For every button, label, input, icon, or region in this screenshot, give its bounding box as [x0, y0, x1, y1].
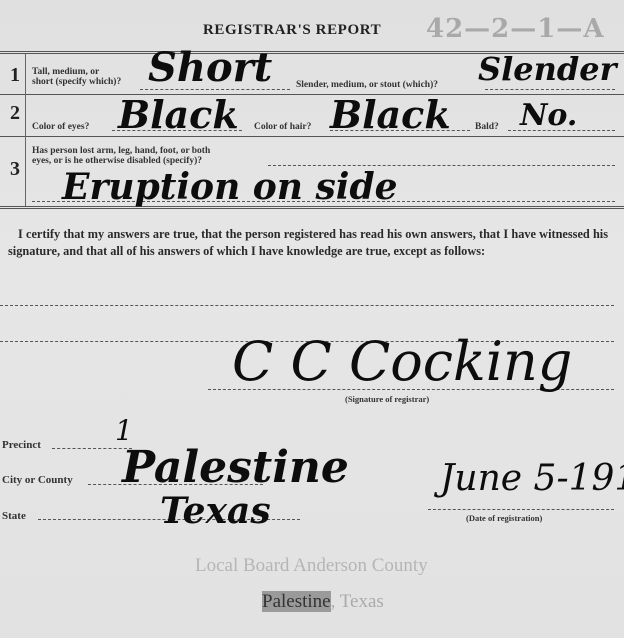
hair-color-value[interactable]: Black — [330, 92, 451, 137]
board-stamp-city: Palestine — [262, 591, 331, 612]
build-value[interactable]: Slender — [478, 50, 616, 88]
row-number: 3 — [10, 158, 20, 181]
date-field-line — [428, 509, 614, 510]
disability-label-line1: Has person lost arm, leg, hand, foot, or… — [32, 146, 210, 156]
date-label: (Date of registration) — [466, 513, 542, 523]
precinct-field-line — [52, 448, 132, 449]
board-stamp-line2: Palestine, Texas — [262, 591, 384, 613]
exceptions-line-1 — [0, 305, 614, 306]
disability-value[interactable]: Eruption on side — [62, 166, 398, 208]
state-value[interactable]: Texas — [160, 490, 271, 532]
serial-number-stamp: 42—2—1—A — [426, 14, 605, 44]
row-divider-2 — [0, 136, 624, 137]
bald-label: Bald? — [475, 122, 499, 132]
disability-label: Has person lost arm, leg, hand, foot, or… — [32, 146, 210, 166]
eye-color-value[interactable]: Black — [118, 92, 239, 137]
city-county-value[interactable]: Palestine — [122, 442, 349, 493]
document-title: REGISTRAR'S REPORT — [203, 22, 381, 39]
registrars-report-card: REGISTRAR'S REPORT 42—2—1—A 1 Tall, medi… — [0, 0, 624, 638]
state-label: State — [2, 511, 26, 521]
height-label-line1: Tall, medium, or — [32, 67, 121, 77]
row-number: 1 — [10, 64, 20, 87]
board-stamp-line1: Local Board Anderson County — [195, 555, 428, 577]
board-stamp-state: , Texas — [331, 591, 384, 612]
disability-label-line2: eyes, or is he otherwise disabled (speci… — [32, 156, 210, 166]
height-label-line2: short (specify which)? — [32, 77, 121, 87]
row-divider-1 — [0, 94, 624, 95]
number-column-divider — [25, 54, 26, 206]
build-label: Slender, medium, or stout (which)? — [296, 80, 438, 90]
precinct-label: Precinct — [2, 440, 41, 450]
city-county-label: City or County — [2, 475, 73, 485]
registrar-signature-label: (Signature of registrar) — [345, 394, 429, 404]
bald-value[interactable]: No. — [520, 98, 577, 133]
eye-color-label: Color of eyes? — [32, 122, 89, 132]
certification-statement: I certify that my answers are true, that… — [8, 226, 608, 259]
height-label: Tall, medium, or short (specify which)? — [32, 67, 121, 87]
build-field-line — [485, 89, 615, 90]
row-number: 2 — [10, 102, 20, 125]
registrar-signature[interactable]: C C Cocking — [232, 330, 572, 393]
height-value[interactable]: Short — [148, 44, 272, 91]
date-value[interactable]: June 5-1917 — [440, 458, 624, 499]
hair-color-label: Color of hair? — [254, 122, 311, 132]
